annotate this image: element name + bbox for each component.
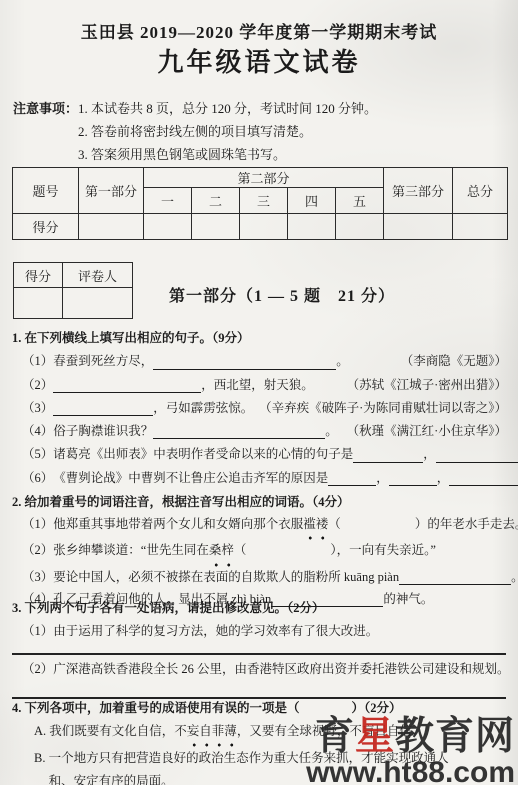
exam-title: 玉田县 2019—2020 学年度第一学期期末考试 <box>0 18 518 43</box>
score-table-sub: 四 <box>288 188 336 214</box>
q1-item-5: （5）诸葛亮《出师表》中表明作者受命以来的心情的句子是，。 <box>12 443 507 466</box>
q1-item-3: （3），弓如霹雳弦惊。（辛弃疾《破阵子·为陈同甫赋壮词以寄之》） <box>12 397 507 420</box>
fill-blank <box>436 451 518 463</box>
option-label: A. <box>34 720 49 743</box>
notice-item: 2. 答卷前将密封线左侧的项目填写清楚。 <box>78 120 377 143</box>
notice-item: 3. 答案须用黑色钢笔或圆珠笔书写。 <box>78 143 377 166</box>
score-table-sub: 五 <box>336 188 384 214</box>
score-table-total: 总分 <box>453 168 508 214</box>
grader-box-empty-row <box>14 288 133 319</box>
source-ref: （李商隐《无题》） <box>401 350 507 373</box>
score-cell-empty <box>79 214 144 240</box>
fill-blank <box>328 474 376 486</box>
q1-item-2: （2），西北望，射天狼。（苏轼《江城子·密州出猎》） <box>12 374 507 397</box>
notice-items: 1. 本试卷共 8 页，总分 120 分，考试时间 120 分钟。 2. 答卷前… <box>78 97 377 166</box>
watermark-brand: 育星教育网 <box>306 717 515 757</box>
score-table-score-row: 得分 <box>13 214 508 240</box>
score-cell-empty <box>288 214 336 240</box>
notice-item: 1. 本试卷共 8 页，总分 120 分，考试时间 120 分钟。 <box>78 97 377 120</box>
source-ref: （秋瑾《满江红·小住京华》） <box>347 420 507 443</box>
watermark-red-char: 星 <box>355 715 395 758</box>
score-cell-empty <box>453 214 508 240</box>
score-table-sub: 三 <box>240 188 288 214</box>
grader-empty-cell <box>63 288 133 319</box>
score-table-corner: 题号 <box>13 168 79 214</box>
grader-label: 评卷人 <box>63 263 133 288</box>
q3-item-2: （2）广深港高铁香港段全长 26 公里，由香港特区政府出资并委托港铁公司建设和规… <box>12 658 507 681</box>
fill-blank <box>53 381 201 393</box>
q2-stem: 2. 给加着重号的词语注音，根据注音写出相应的词语。（4分） <box>12 492 507 514</box>
q1-item-6: （6）《曹刿论战》中曹刿不让鲁庄公追击齐军的原因是，，。 <box>12 467 507 490</box>
q1-stem: 1. 在下列横线上填写出相应的句子。（9分） <box>12 327 507 350</box>
watermark-url: www.ht88.com <box>306 757 515 785</box>
question-3: 3. 下列两个句子各有一处语病，请提出修改意见。（2分） （1）由于运用了科学的… <box>12 597 507 699</box>
option-label: B. <box>34 751 49 766</box>
score-cell-empty <box>336 214 384 240</box>
fill-blank <box>389 474 437 486</box>
grader-empty-cell <box>14 288 63 319</box>
question-1: 1. 在下列横线上填写出相应的句子。（9分） （1）春蚕到死丝方尽，。（李商隐《… <box>12 327 507 490</box>
fill-blank <box>449 474 518 486</box>
score-table-sub: 一 <box>144 188 192 214</box>
score-cell-empty <box>192 214 240 240</box>
fill-blank <box>53 404 153 416</box>
q1-item-1: （1）春蚕到死丝方尽，。（李商隐《无题》） <box>12 350 507 373</box>
grader-box: 得分 评卷人 <box>13 262 133 319</box>
source-ref: （辛弃疾《破阵子·为陈同甫赋壮词以寄之》） <box>259 397 507 420</box>
fill-blank <box>399 573 511 585</box>
question-2: 2. 给加着重号的词语注音，根据注音写出相应的词语。（4分） （1）他郑重其事地… <box>12 492 507 611</box>
grader-score-label: 得分 <box>14 263 63 288</box>
notice-block: 注意事项： 1. 本试卷共 8 页，总分 120 分，考试时间 120 分钟。 … <box>13 97 377 166</box>
q2-item-2: （2）张乡绅攀谈道：“世先生同在桑梓（），一向有失亲近。” <box>12 540 507 567</box>
exam-subtitle: 九年级语文试卷 <box>0 42 518 79</box>
watermark: 育星教育网 www.ht88.com <box>306 717 515 785</box>
q3-item-1: （1）由于运用了科学的复习方法，她的学习效率有了很大改进。 <box>12 620 507 643</box>
fill-blank <box>353 451 423 463</box>
grader-box-header-row: 得分 评卷人 <box>14 263 133 288</box>
score-cell-empty <box>240 214 288 240</box>
fill-blank <box>153 427 325 439</box>
source-ref: （苏轼《江城子·密州出猎》） <box>347 374 507 397</box>
score-row-label: 得分 <box>13 214 79 240</box>
score-table: 题号 第一部分 第二部分 第三部分 总分 一 二 三 四 五 得分 <box>12 167 508 240</box>
emphasized-word: 桑梓 <box>209 540 234 567</box>
emphasized-word: 褴褛 <box>303 514 328 541</box>
score-table-part3: 第三部分 <box>384 168 453 214</box>
score-table-header-row: 题号 第一部分 第二部分 第三部分 总分 <box>13 168 508 188</box>
section1-heading: 第一部分（1 — 5 题 21 分） <box>150 283 414 306</box>
emphasized-word: 妄自菲薄 <box>187 720 237 748</box>
answer-line <box>12 653 506 655</box>
q2-item-1: （1）他郑重其事地带着两个女儿和女婿向那个衣服褴褛（）的年老水手走去。 <box>12 514 507 541</box>
score-table-sub: 二 <box>192 188 240 214</box>
score-table-part2: 第二部分 <box>144 168 384 188</box>
fill-blank <box>153 358 336 370</box>
score-table-part1: 第一部分 <box>79 168 144 214</box>
score-cell-empty <box>144 214 192 240</box>
q1-item-4: （4）俗子胸襟谁识我？。（秋瑾《满江红·小住京华》） <box>12 420 507 443</box>
q3-stem: 3. 下列两个句子各有一处语病，请提出修改意见。（2分） <box>12 597 507 620</box>
notice-label: 注意事项： <box>13 97 78 166</box>
score-cell-empty <box>384 214 453 240</box>
q2-item-3: （3）要论中国人，必须不被搽在表面的自欺欺人的脂粉所 kuāng piàn。 <box>12 567 507 589</box>
